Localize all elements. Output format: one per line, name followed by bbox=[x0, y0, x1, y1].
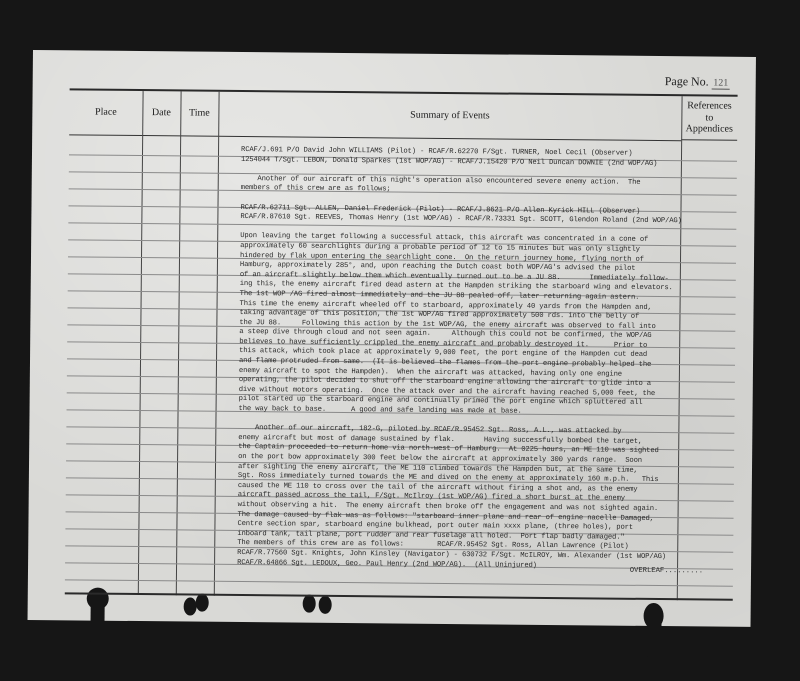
war-diary-page: Page No. 121 Place Date Time Summary of … bbox=[28, 50, 756, 627]
bottom-rule bbox=[65, 592, 733, 600]
ruled-line bbox=[65, 579, 733, 586]
column-header-date: Date bbox=[142, 91, 180, 136]
operations-record-form: Page No. 121 Place Date Time Summary of … bbox=[65, 88, 738, 600]
binder-hole-right bbox=[643, 603, 663, 629]
overleaf-note: OVERLEAF......... bbox=[630, 567, 703, 576]
punch-hole bbox=[319, 596, 332, 614]
punch-hole bbox=[196, 594, 209, 612]
page-number-value: 121 bbox=[712, 78, 730, 90]
column-header-time: Time bbox=[180, 91, 218, 136]
punch-hole bbox=[184, 597, 197, 615]
punch-hole bbox=[303, 595, 316, 613]
summary-of-events: RCAF/J.691 P/O David John WILLIAMS (Pilo… bbox=[237, 146, 731, 573]
page-number: Page No. 121 bbox=[665, 74, 730, 90]
column-header-summary: Summary of Events bbox=[218, 92, 681, 141]
column-header-place: Place bbox=[69, 90, 142, 136]
column-header-references: References to Appendices bbox=[681, 96, 737, 141]
